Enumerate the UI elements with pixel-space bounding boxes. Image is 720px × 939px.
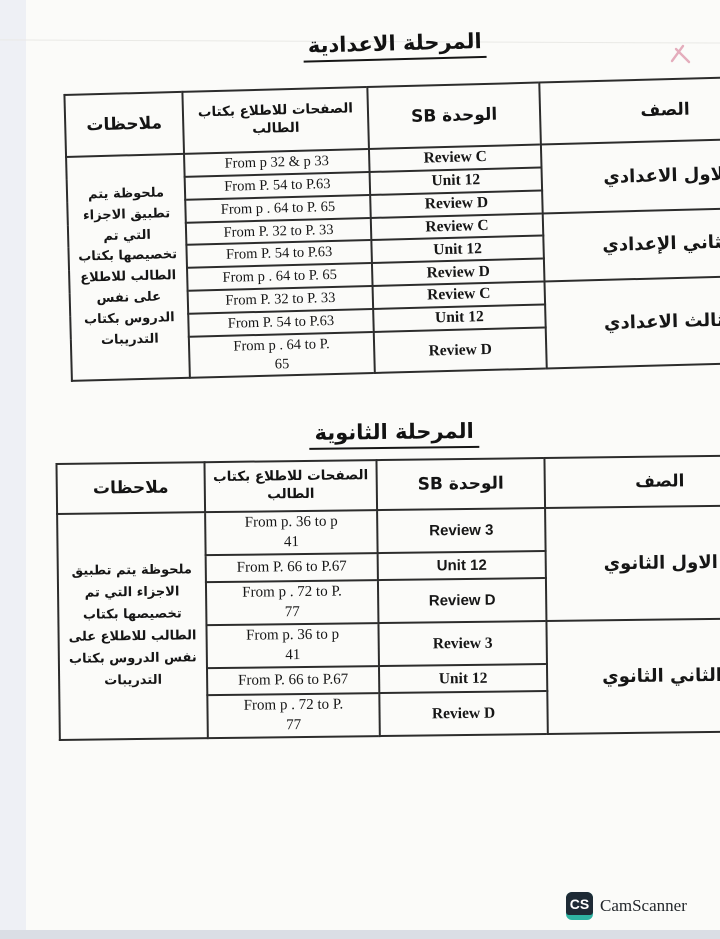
secondary-stage-section: المرحلة الثانوية الصفالوحدة SBالصفحات لل… — [55, 415, 720, 741]
notes-cell: ملحوظة يتم تطبيق الاجزاء التي تم تخصيصها… — [66, 154, 190, 381]
unit-cell: Review 3 — [378, 621, 547, 666]
pages-cell: From P. 66 to P.67 — [206, 553, 378, 582]
column-header-pages: الصفحات للاطلاع بكتاب الطالب — [204, 460, 377, 512]
pages-cell: From p . 72 to P. 77 — [206, 580, 379, 625]
column-header-unit: الوحدة SB — [367, 83, 541, 149]
table-row: الاول الثانويReview 3From p. 36 to p 41م… — [57, 505, 720, 557]
pages-cell: From p . 72 to P. 77 — [207, 693, 380, 738]
grade-cell: الاول الاعدادي — [541, 138, 720, 213]
prep-stage-table: الصفالوحدة SBالصفحات للاطلاع بكتاب الطال… — [63, 75, 720, 382]
camscanner-icon: CS — [566, 892, 593, 920]
column-header-notes: ملاحظات — [56, 462, 205, 514]
column-header-notes: ملاحظات — [64, 92, 184, 157]
notes-cell: ملحوظة يتم تطبيق الاجزاء التي تم تخصيصها… — [57, 512, 208, 740]
scanned-document-page: { "page": { "paper_color": "#fbfbf9", "e… — [0, 0, 720, 939]
prep-stage-title-text: المرحلة الاعدادية — [302, 29, 487, 63]
column-header-unit: الوحدة SB — [376, 458, 545, 510]
unit-cell: Review D — [374, 327, 547, 373]
unit-cell: Unit 12 — [379, 664, 547, 693]
secondary-stage-table: الصفالوحدة SBالصفحات للاطلاع بكتاب الطال… — [55, 454, 720, 741]
page-bottom-edge-strip — [0, 930, 720, 939]
page-left-edge-strip — [0, 0, 26, 930]
grade-cell: الثاني الإعدادي — [543, 206, 720, 281]
unit-cell: Unit 12 — [378, 551, 546, 580]
pages-cell: From p. 36 to p 41 — [206, 623, 379, 668]
grade-cell: الاول الثانوي — [545, 505, 720, 621]
pages-cell: From p . 64 to P. 65 — [189, 332, 375, 379]
camscanner-icon-letters: CS — [566, 892, 593, 915]
pages-cell: From P. 66 to P.67 — [207, 666, 379, 695]
unit-cell: Review D — [378, 578, 547, 623]
secondary-stage-title-text: المرحلة الثانوية — [309, 419, 479, 450]
unit-cell: Review 3 — [377, 508, 546, 553]
grade-cell: الثاني الثانوي — [546, 618, 720, 734]
header-row: الصفالوحدة SBالصفحات للاطلاع بكتاب الطال… — [56, 455, 720, 514]
camscanner-label: CamScanner — [600, 896, 687, 916]
column-header-pages: الصفحات للاطلاع بكتاب الطالب — [182, 87, 369, 154]
column-header-grade: الصف — [539, 76, 720, 145]
unit-cell: Review D — [379, 691, 548, 736]
secondary-stage-title: المرحلة الثانوية — [15, 415, 720, 453]
camscanner-watermark: CS CamScanner — [566, 892, 687, 920]
pages-cell: From p. 36 to p 41 — [205, 510, 378, 555]
prep-stage-title: المرحلة الاعدادية — [2, 21, 720, 71]
prep-stage-section: المرحلة الاعدادية الصفالوحدة SBالصفحات ل… — [62, 21, 720, 382]
grade-cell: الثالث الاعدادي — [544, 275, 720, 369]
column-header-grade: الصف — [544, 455, 720, 508]
